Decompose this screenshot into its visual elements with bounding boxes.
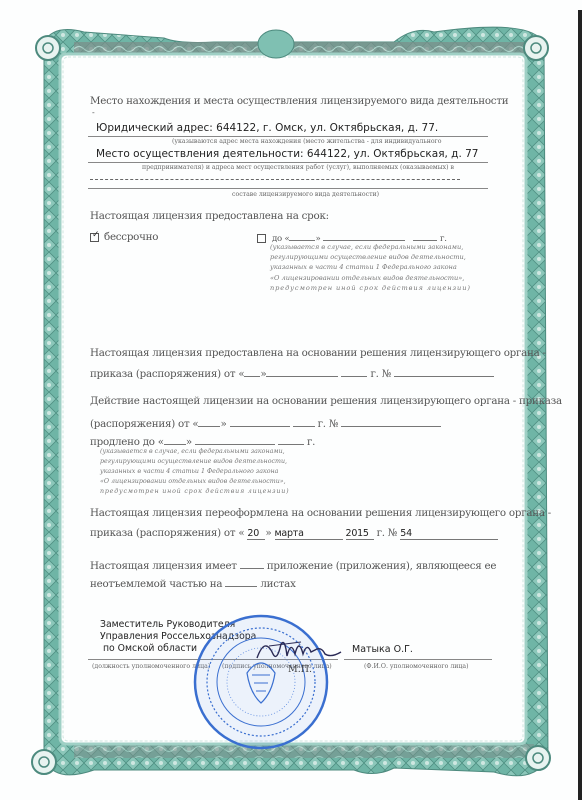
hint-location: (указываются адрес места нахождения (мес… (172, 138, 442, 145)
dash-mark: - (92, 108, 94, 117)
hint-entrepreneur: предпринимателя) и адреса мест осуществл… (142, 164, 454, 171)
until-year-blank[interactable] (413, 230, 437, 241)
divider (88, 162, 488, 163)
caption-name: (Ф.И.О. уполномоченного лица) (364, 663, 469, 670)
legal-address: Юридический адрес: 644122, г. Омск, ул. … (96, 122, 438, 134)
until-day-blank[interactable] (289, 230, 315, 241)
divider (88, 136, 488, 137)
extended-year-blank[interactable] (278, 434, 304, 445)
divider (88, 188, 488, 189)
option-unlimited[interactable]: ✓бессрочно (90, 231, 158, 243)
activity-address: Место осуществления деятельности: 644122… (96, 148, 478, 160)
dashed-line (90, 179, 460, 180)
basis-month-blank[interactable] (266, 366, 338, 377)
extended-until: продлено до «» г. (90, 434, 315, 448)
reissue-line-1: Настоящая лицензия переоформлена на осно… (90, 507, 551, 519)
reissue-month: марта (275, 528, 343, 540)
basis-line-2: приказа (распоряжения) от «» г. № (90, 366, 494, 380)
until-month-blank[interactable] (323, 230, 405, 241)
attachments-count-blank[interactable] (240, 558, 264, 569)
extension-month-blank[interactable] (230, 416, 290, 427)
extension-note: (указывается в случае, если федеральными… (100, 447, 289, 497)
extension-line-2: (распоряжения) от «» г. № (90, 416, 441, 430)
checkbox-unchecked-icon[interactable] (257, 234, 266, 243)
attachments-sheets-blank[interactable] (225, 576, 257, 587)
extended-day-blank[interactable] (164, 434, 186, 445)
handwritten-signature (255, 632, 345, 672)
term-heading: Настоящая лицензия предоставлена на срок… (90, 210, 329, 222)
reissue-day: 20 (247, 528, 265, 540)
basis-number-blank[interactable] (394, 366, 494, 377)
scan-edge (578, 10, 582, 800)
attachments-line-2: неотъемлемой частью на листах (90, 576, 296, 590)
basis-line-1: Настоящая лицензия предоставлена на осно… (90, 347, 546, 359)
basis-year-blank[interactable] (341, 366, 367, 377)
extension-line-1: Действие настоящей лицензии на основании… (90, 395, 562, 407)
location-heading: Место нахождения и места осуществления л… (90, 95, 508, 107)
extended-month-blank[interactable] (195, 434, 275, 445)
extension-year-blank[interactable] (293, 416, 315, 427)
extension-number-blank[interactable] (341, 416, 441, 427)
hint-activity: составе лицензируемого вида деятельности… (232, 191, 379, 198)
reissue-year: 2015 (346, 528, 374, 540)
signer-name: Матыка О.Г. (352, 644, 413, 655)
reissue-line-2: приказа (распоряжения) от « 20» марта 20… (90, 527, 498, 540)
attachments-line-1: Настоящая лицензия имеет приложение (при… (90, 558, 496, 572)
unlimited-label: бессрочно (104, 231, 158, 243)
basis-day-blank[interactable] (244, 366, 260, 377)
reissue-number: 54 (400, 528, 498, 540)
name-line (344, 659, 492, 660)
extension-day-blank[interactable] (198, 416, 220, 427)
term-note: (указывается в случае, если федеральными… (270, 242, 471, 293)
checkbox-checked-icon[interactable]: ✓ (90, 233, 99, 242)
